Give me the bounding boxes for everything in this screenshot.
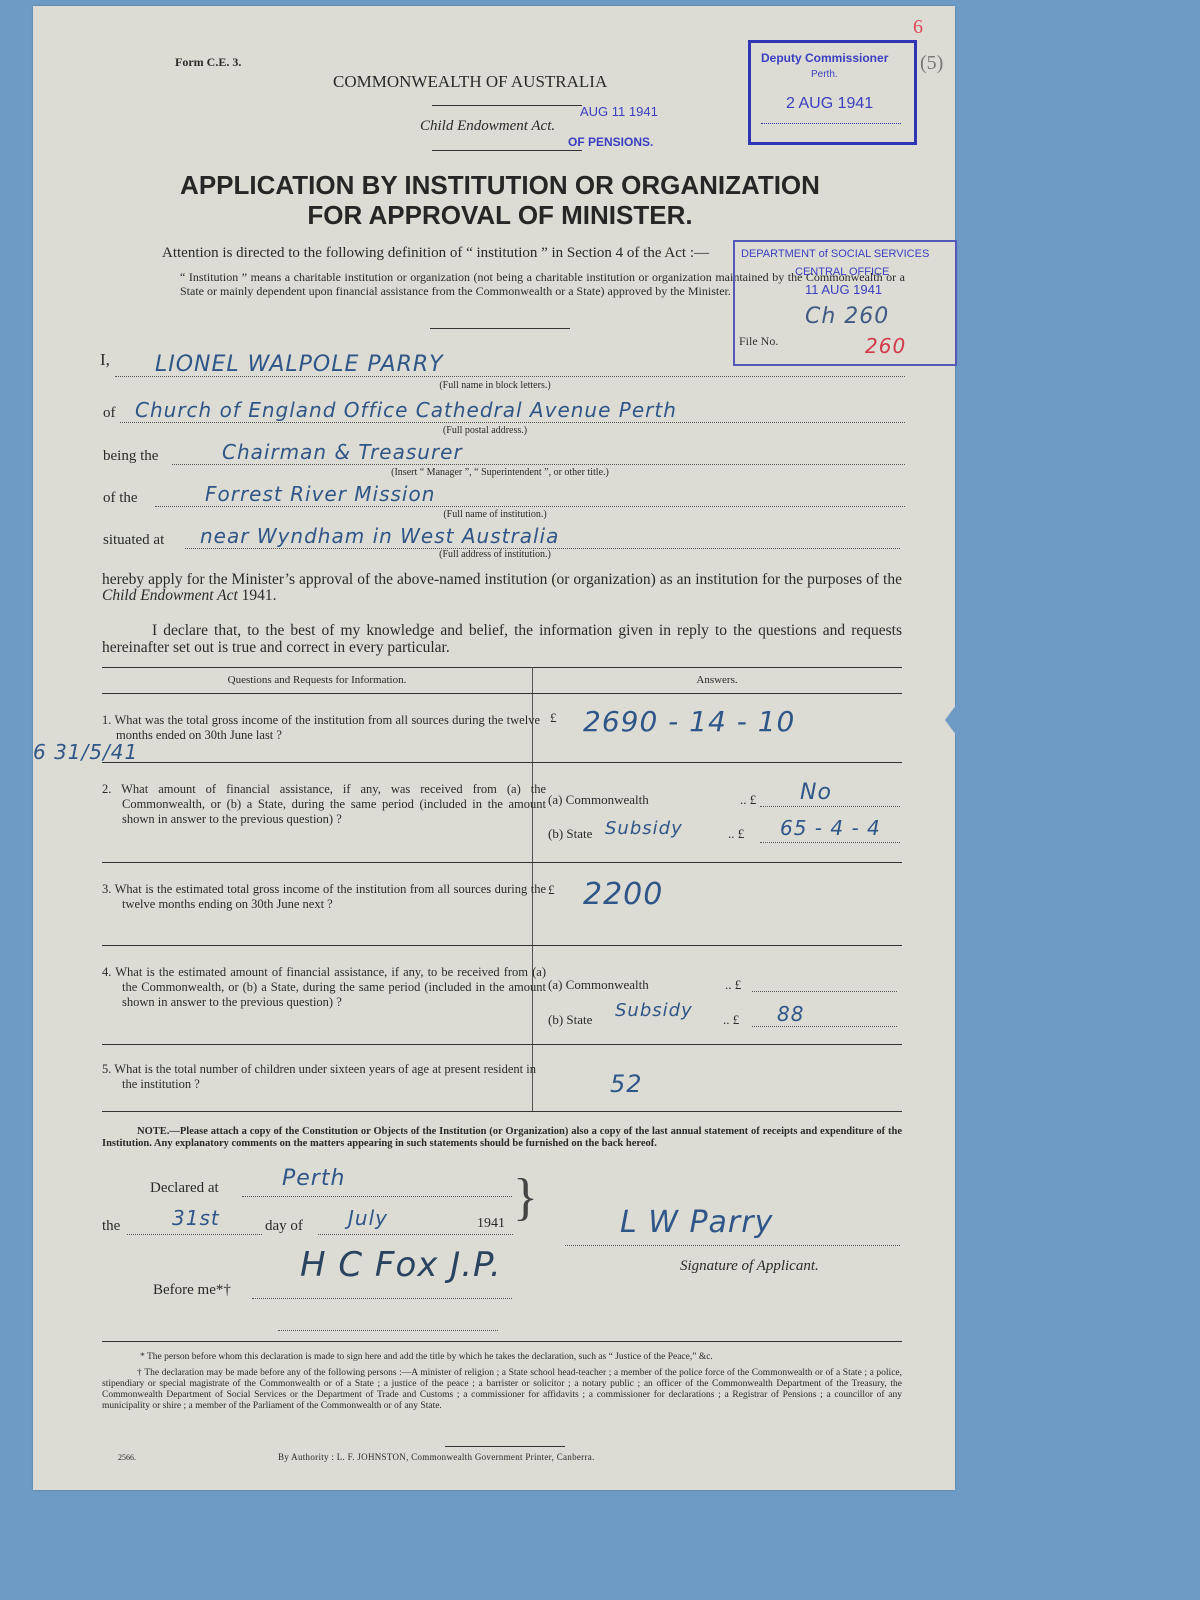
row-rule (102, 762, 902, 763)
table-bottom-rule (102, 1111, 902, 1112)
table-header-rule (102, 693, 902, 694)
title-label: being the (103, 448, 158, 465)
title-line-2: FOR APPROVAL OF MINISTER. (0, 200, 1000, 230)
stamp-title: Deputy Commissioner (761, 51, 888, 65)
institution-name-field[interactable]: Forrest River Mission (155, 482, 905, 507)
deputy-commissioner-stamp: Deputy Commissioner Perth. 2 AUG 1941 (748, 40, 917, 145)
state-label: (b) State (548, 826, 592, 842)
witness-title-line (278, 1330, 498, 1331)
institution-name-value: Forrest River Mission (205, 482, 435, 506)
attachment-note: NOTE.—Please attach a copy of the Consti… (102, 1126, 902, 1150)
applicant-signature: L W Parry (620, 1205, 773, 1240)
print-code: 2566. (118, 1453, 136, 1462)
stamp-department: DEPARTMENT of SOCIAL SERVICES (741, 248, 929, 260)
declared-at-label: Declared at (150, 1180, 219, 1197)
stamp-date: 11 AUG 1941 (805, 282, 882, 297)
answer-4a-field[interactable] (752, 977, 897, 992)
footnote-rule (102, 1341, 902, 1342)
act-name: Child Endowment Act. (420, 118, 555, 135)
currency-symbol: £ (550, 710, 557, 726)
institution-label: of the (103, 490, 138, 507)
leader-dots: .. £ (723, 1012, 739, 1028)
leader-dots: .. £ (728, 826, 744, 842)
answer-2a-field[interactable]: No (760, 790, 900, 807)
state-note: Subsidy (605, 818, 683, 839)
title-field[interactable]: Chairman & Treasurer (172, 440, 905, 465)
received-stamp-date: AUG 11 1941 (580, 104, 658, 119)
question-1: 1. What was the total gross income of th… (102, 713, 540, 743)
stamp-office: CENTRAL OFFICE (795, 266, 889, 278)
commonwealth-label: (a) Commonwealth (548, 977, 649, 993)
state-label: (b) State (548, 1012, 592, 1028)
jurisdiction-heading: COMMONWEALTH OF AUSTRALIA (333, 72, 607, 92)
question-5: 5. What is the total number of children … (102, 1062, 546, 1092)
answer-4b-field[interactable]: 88 (752, 1012, 897, 1027)
file-number-handwritten: Ch 260 (805, 304, 889, 329)
full-name-value: LIONEL WALPOLE PARRY (155, 352, 444, 377)
day-of-label: day of (265, 1218, 303, 1235)
title-line-1: APPLICATION BY INSTITUTION OR ORGANIZATI… (0, 170, 1000, 200)
name-prefix: I, (100, 350, 110, 370)
day-value: 31st (172, 1206, 220, 1230)
application-statement: hereby apply for the Minister’s approval… (102, 572, 902, 604)
institution-address-caption: (Full address of institution.) (420, 549, 570, 560)
divider (430, 328, 570, 329)
title-caption: (Insert “ Manager ”, “ Superintendent ”,… (355, 467, 645, 478)
answer-3[interactable]: 2200 (583, 877, 663, 912)
question-2: 2. What amount of financial assistance, … (102, 782, 546, 827)
month-value: July (348, 1206, 388, 1230)
signature-line[interactable] (565, 1245, 900, 1246)
declaration-statement: I declare that, to the best of my knowle… (102, 622, 902, 656)
stamp-dotted-line (761, 123, 901, 124)
question-4: 4. What is the estimated amount of finan… (102, 965, 546, 1010)
before-me-label: Before me*† (153, 1282, 231, 1299)
day-field[interactable]: 31st (127, 1218, 262, 1235)
margin-annotation: 6 31/5/41 (33, 740, 138, 764)
declared-at-value: Perth (282, 1166, 345, 1191)
leader-dots: .. £ (725, 977, 741, 993)
file-number-label: File No. (739, 334, 778, 349)
pencil-folio: (5) (920, 52, 943, 75)
signature-caption: Signature of Applicant. (680, 1258, 819, 1275)
stamp-location: Perth. (811, 69, 838, 80)
printer-imprint: By Authority : L. F. JOHNSTON, Commonwea… (278, 1452, 595, 1462)
row-rule (102, 945, 902, 946)
full-name-caption: (Full name in block letters.) (420, 380, 570, 391)
torn-edge (945, 690, 967, 750)
institution-address-value: near Wyndham in West Australia (200, 524, 559, 548)
month-field[interactable]: July1941 (318, 1218, 513, 1235)
footnote-star: * The person before whom this declaratio… (102, 1352, 902, 1363)
divider (432, 150, 582, 151)
social-services-stamp: DEPARTMENT of SOCIAL SERVICES CENTRAL OF… (733, 240, 957, 366)
state-note: Subsidy (615, 1000, 693, 1021)
day-prefix-label: the (102, 1218, 120, 1235)
postal-address-value: Church of England Office Cathedral Avenu… (135, 398, 677, 422)
answers-column-header: Answers. (532, 674, 902, 686)
footnote-dagger: † The declaration may be made before any… (102, 1368, 902, 1412)
postal-address-caption: (Full postal address.) (420, 425, 550, 436)
page-title: APPLICATION BY INSTITUTION OR ORGANIZATI… (0, 170, 1000, 230)
currency-symbol: £ (548, 882, 555, 898)
divider (445, 1446, 565, 1447)
answer-2a: No (800, 780, 832, 805)
question-3: 3. What is the estimated total gross inc… (102, 882, 546, 912)
address-label: of (103, 405, 116, 422)
divider (432, 105, 582, 106)
received-stamp-text: OF PENSIONS. (568, 135, 653, 149)
form-number: Form C.E. 3. (175, 55, 241, 70)
answer-4b: 88 (777, 1002, 804, 1026)
full-name-field[interactable]: LIONEL WALPOLE PARRY (115, 352, 905, 377)
row-rule (102, 1044, 902, 1045)
declared-at-field[interactable]: Perth (242, 1178, 512, 1197)
commonwealth-label: (a) Commonwealth (548, 792, 649, 808)
title-value: Chairman & Treasurer (222, 440, 463, 464)
answer-1[interactable]: 2690 - 14 - 10 (583, 705, 795, 738)
answer-2b: 65 - 4 - 4 (780, 816, 881, 840)
red-page-number: 6 (913, 16, 923, 39)
leader-dots: .. £ (740, 792, 756, 808)
brace: } (513, 1168, 538, 1227)
stamp-date: 2 AUG 1941 (786, 95, 873, 113)
witness-signature: H C Fox J.P. (300, 1245, 502, 1285)
institution-address-field[interactable]: near Wyndham in West Australia (185, 524, 900, 549)
answer-2b-field[interactable]: 65 - 4 - 4 (760, 826, 900, 843)
questions-column-header: Questions and Requests for Information. (102, 674, 532, 686)
row-rule (102, 862, 902, 863)
year-value: 1941 (477, 1216, 505, 1232)
postal-address-field[interactable]: Church of England Office Cathedral Avenu… (120, 398, 905, 423)
institution-name-caption: (Full name of institution.) (430, 509, 560, 520)
table-top-rule (102, 667, 902, 668)
answer-5[interactable]: 52 (610, 1070, 643, 1098)
location-label: situated at (103, 532, 164, 549)
